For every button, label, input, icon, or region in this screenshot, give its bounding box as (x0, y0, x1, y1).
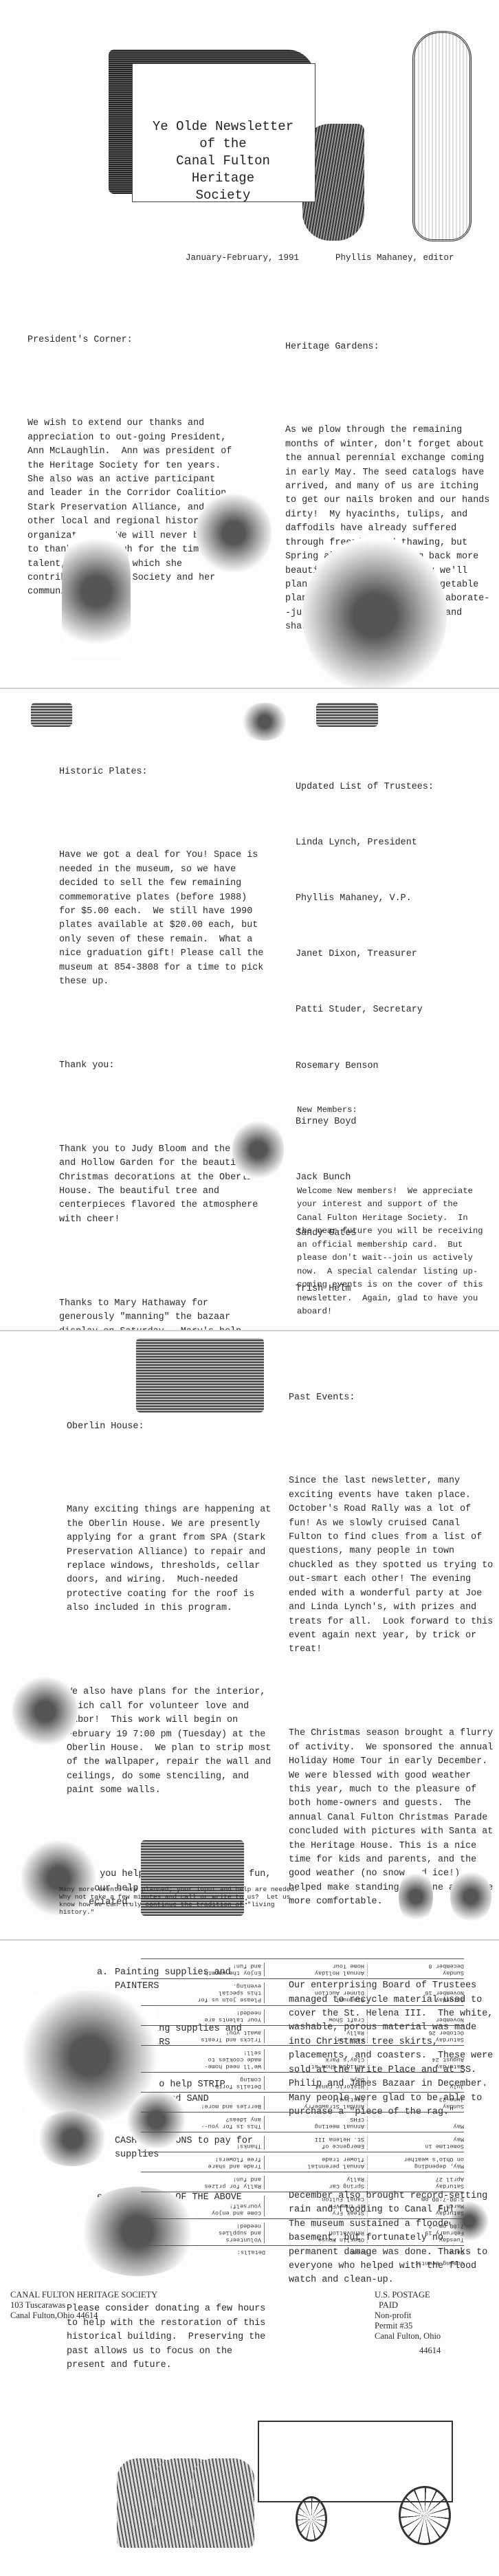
oberlin-paragraph: We also have plans for the interior, whi… (67, 1685, 273, 1798)
calendar-row: NovemberCraft ShowYour talents are neede… (141, 2005, 464, 2025)
garden-tools-icon (31, 703, 72, 727)
event-details: Details forth- coming (141, 2076, 265, 2090)
event-name: Steak Fry at the VFW Canal Fulton (265, 2196, 368, 2216)
section-heading: Updated List of Trustees: (296, 781, 495, 794)
event-name: Annual Strawberry Festival (265, 2096, 368, 2110)
event-details: Please join us for this special evening. (141, 1983, 265, 2003)
flower-bouquet-icon (241, 703, 289, 741)
newsletter-page-1: Ye Olde Newsletter of the Canal Fulton H… (0, 0, 499, 688)
event-details: Come and enjoy yourself! (141, 2196, 265, 2216)
calendar-row: Saturday March 2 5:00-7:00 pmSteak Fry a… (141, 2192, 464, 2218)
gardener-woman-icon (302, 536, 447, 695)
trustee-name: Phyllis Mahaney, V.P. (296, 892, 495, 906)
event-details: Tricks and Treats await you! (141, 2029, 265, 2043)
section-body: Have we got a deal for You! Space is nee… (59, 849, 265, 989)
event-details: Rally for prizes and fun! (141, 2176, 265, 2190)
trustee-name: Linda Lynch, President (296, 836, 495, 850)
wildflower-icon (450, 1869, 491, 1924)
event-name: Oberlin House Renovation (265, 2223, 368, 2243)
section-heading: Oberlin House: (67, 1420, 273, 1434)
section-heading: President's Corner: (27, 334, 234, 347)
printer-emblem-icon (412, 31, 472, 241)
event-details: Thanks! (141, 2136, 265, 2150)
event-date: Tuesday February 19 7:00 pm--? (368, 2223, 464, 2243)
event-date: Sunday December 8 (368, 1963, 464, 1976)
harp-icon (232, 1119, 284, 1181)
event-name: Craft Show (265, 2009, 368, 2023)
horse-icon (192, 2458, 254, 2548)
event-name: Annual perennial flower trade (265, 2156, 368, 2170)
paint-supplies-icon (12, 1675, 78, 1747)
section-heading: Historic Plates: (59, 765, 265, 779)
section-heading: Past Events: (289, 1391, 495, 1405)
event-date: Saturday April 27 (368, 2176, 464, 2190)
event-name: Fall Car Rally (265, 2029, 368, 2043)
event-name: Annual Holiday Home Tour (265, 1963, 368, 1976)
event-name: Biannual Dinner Auction (265, 1983, 368, 2003)
calendar-row: Saturday August 24Antique Show at Clay's… (141, 2045, 464, 2072)
event-name: Emergence of St. Helena III (265, 2136, 368, 2150)
calendar-row: Sunday June 23Annual Strawberry Festival… (141, 2092, 464, 2112)
calendar-row: MayAnnual meeting CFHSThis is for you-- … (141, 2112, 464, 2132)
calendar-row: Saturday April 27Spring Car RallyRally f… (141, 2172, 464, 2192)
trustee-name: Rosemary Benson (296, 1060, 495, 1073)
closing-note: Many more events are planned; your input… (59, 1886, 307, 1916)
calendar-row: JulyHistoric Canal DaysDetails forth- co… (141, 2072, 464, 2092)
event-date: November (368, 2009, 464, 2023)
event-details: Your talents are needed! (141, 2009, 265, 2023)
wine-barrel-icon (34, 2111, 110, 2166)
issue-date: January-February, 1991 (186, 253, 299, 263)
event-date: July (368, 2076, 464, 2090)
calendar-row: Saturday November 16Biannual Dinner Auct… (141, 1978, 464, 2005)
event-name: Spring Car Rally (265, 2176, 368, 2190)
event-date: May (368, 2116, 464, 2130)
calendar-row: May, depending on Ohio's weatherAnnual p… (141, 2152, 464, 2172)
wheel-icon (296, 2496, 327, 2542)
event-details: Volunteers and supplies needed! (141, 2223, 265, 2243)
newsletter-page-3: Oberlin House: Many exciting things are … (0, 1331, 499, 2576)
event-name: Historic Canal Days (265, 2076, 368, 2090)
editor-credit: Phyllis Mahaney, editor (335, 253, 454, 263)
flower-basket-icon (316, 703, 378, 727)
return-address: CANAL FULTON HERITAGE SOCIETY 103 Tuscar… (10, 2290, 157, 2321)
page-fold-divider (0, 1939, 499, 1941)
event-date: Saturday August 24 (368, 2049, 464, 2070)
event-details: This is for you-- any ideas? (141, 2116, 265, 2130)
section-heading: Heritage Gardens: (285, 340, 491, 354)
event-date: Sunday June 23 (368, 2096, 464, 2110)
calendar-row: Tuesday February 19 7:00 pm--?Oberlin Ho… (141, 2218, 464, 2245)
trustee-name: Patti Studer, Secretary (296, 1003, 495, 1017)
postage-indicia: U.S. POSTAGE PAID Non-profit Permit #35 … (375, 2290, 441, 2356)
event-details: We'll need home- made cookies to sell! (141, 2049, 265, 2070)
calendar-header-row: Date: Event: Details: (141, 2245, 464, 2256)
section-heading: New Members: (297, 1104, 484, 1117)
wheel-icon (399, 2486, 451, 2545)
presidents-corner-section: President's Corner: We wish to extend ou… (27, 305, 234, 628)
calendar-row: Saturday October 26Fall Car RallyTricks … (141, 2025, 464, 2045)
calendar-rows: Tuesday February 19 7:00 pm--?Oberlin Ho… (141, 1958, 464, 2245)
section-body: Welcome New members! We appreciate your … (297, 1185, 484, 1319)
wildflower-icon (399, 1869, 433, 1924)
calendar-row: Sunday December 8Annual Holiday Home Tou… (141, 1958, 464, 1978)
past-events-paragraph: Since the last newsletter, many exciting… (289, 1474, 495, 1657)
trustee-name: Janet Dixon, Treasurer (296, 948, 495, 961)
new-members-section: New Members: Welcome New members! We app… (297, 1077, 484, 1346)
event-name: Annual meeting CFHS (265, 2116, 368, 2130)
event-date: Saturday October 26 (368, 2029, 464, 2043)
coming-events-calendar: Coming events: Date: Event: Details: Tue… (141, 1958, 464, 2267)
event-details: Berries and more! (141, 2096, 265, 2110)
oberlin-paragraph: Many exciting things are happening at th… (67, 1503, 273, 1615)
printing-press-vignette-icon (196, 492, 271, 574)
event-details: Enjoy the warmth and fun! (141, 1963, 265, 1976)
event-date: Sometime in May (368, 2136, 464, 2150)
newsletter-page-2: Historic Plates: Have we got a deal for … (0, 689, 499, 1403)
section-heading: Thank you: (59, 1059, 265, 1073)
calendar-title: Coming events: (141, 2260, 464, 2267)
flower-vase-icon (62, 526, 131, 657)
event-name: Antique Show at Clay's Park (265, 2049, 368, 2070)
event-details: Trade and share free flowers! (141, 2156, 265, 2170)
calendar-row: Sometime in MayEmergence of St. Helena I… (141, 2132, 464, 2152)
event-date: Saturday March 2 5:00-7:00 pm (368, 2196, 464, 2216)
event-date: Saturday November 16 (368, 1983, 464, 2003)
event-date: May, depending on Ohio's weather (368, 2156, 464, 2170)
horse-drawn-wagon-icon (117, 2421, 454, 2537)
newsletter-title: Ye Olde Newsletter of the Canal Fulton H… (132, 118, 314, 204)
